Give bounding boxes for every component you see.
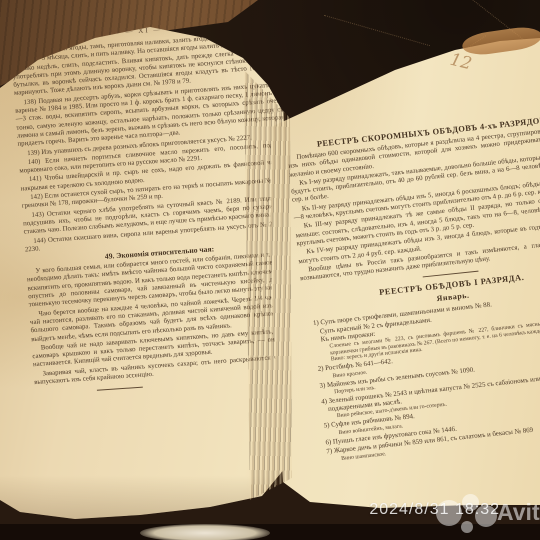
menu-line: 3) Майонезъ изъ рыбы съ зеленымъ соусомъ… xyxy=(315,352,540,391)
section-end-rule xyxy=(97,387,143,391)
month-heading: Январь. xyxy=(303,277,540,317)
menu-line: 1) Супъ пюре съ трюфелями, шампиньонами … xyxy=(309,290,540,329)
menu-line: Къ нимъ пирожки: xyxy=(320,306,540,344)
register-intro: Помѣщаю 600 скоромныхъ обѣдовъ, которые … xyxy=(287,124,540,180)
page-edge-highlight xyxy=(140,524,270,540)
menu-line: Вино красное. xyxy=(332,345,540,380)
menu-line: Слоеные съ мозгами № 223, съ рисовымъ фа… xyxy=(329,316,540,357)
menu-line: Вино шампанское. xyxy=(341,428,540,463)
register-razryad-4: Къ IV-му разряду принадлежатъ обѣды изъ … xyxy=(297,218,540,266)
register-main-heading: РЕЕСТРЪ СКОРОМНЫХЪ ОБѢДОВЪ 4-хъ РАЗРЯДОВ… xyxy=(286,112,540,152)
menu-line: Вино: хересъ и другія испанскія вина. xyxy=(331,329,540,364)
register-razryad-1: Къ I-му разряду принадлежатъ, такъ назыв… xyxy=(290,149,540,205)
register-price-note: Вообще цѣны въ Россіи такъ разнообразятс… xyxy=(299,236,540,284)
menu-line: Портеръ или эль. xyxy=(334,361,540,396)
menu-line: 2) Ростбифъ № 641—642. xyxy=(314,336,540,375)
register-sub-heading: РЕЕСТРЪ ОБѢДОВЪ I РАЗРЯДА. xyxy=(302,265,540,305)
menu-line: 7) Жаркое дичь и рябчики № 859 или 861, … xyxy=(322,418,540,457)
register-razryad-3: Къ III-му разряду принадлежатъ тѣ же сам… xyxy=(295,193,540,249)
menu-line: 4) Зеленый горошекъ № 2543 и цвѣтная кап… xyxy=(317,368,540,415)
right-page-text-block: РЕЕСТРЪ СКОРОМНЫХЪ ОБѢДОВЪ 4-хъ РАЗРЯДОВ… xyxy=(286,112,540,465)
menu-line: 6) Пуншъ гласе изъ фруктоваго сока № 144… xyxy=(321,409,540,448)
menu-line: Вино рейнское, шато-д'икемъ или го-сотер… xyxy=(337,386,540,421)
menu-line: 5) Суфле изъ рябчиковъ № 894. xyxy=(320,393,540,432)
menu-line: Вино войнштейнъ, малага. xyxy=(338,402,540,437)
register-razryad-2: Къ II-му разряду принадлежатъ обѣды изъ … xyxy=(293,175,540,223)
table-shadow-strip xyxy=(0,524,540,540)
menu-line: Супъ красный № 2 съ фрикадельками. xyxy=(320,298,540,336)
heading-divider-rule xyxy=(423,271,479,278)
